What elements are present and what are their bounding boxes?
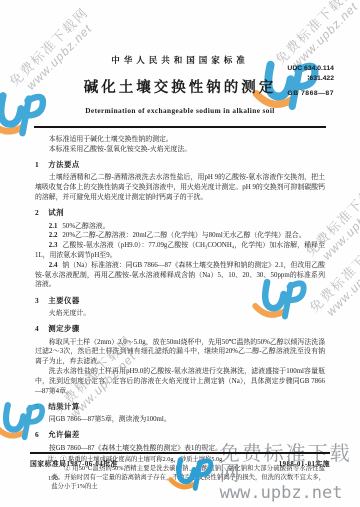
section-4-paragraph-1: 称取风干土样（2mm）2.0～5.0g，放在50ml烧杯中，先用50℃温热的50… bbox=[35, 338, 325, 367]
reagent-item: 2.150%乙醇溶液。 bbox=[35, 222, 325, 232]
section-number: 5 bbox=[35, 402, 39, 412]
section-title: 允许偏差 bbox=[48, 430, 80, 439]
section-title: 结果计算 bbox=[48, 402, 80, 411]
section-number: 6 bbox=[35, 430, 39, 440]
udc-number: UDC 634.0.114 bbox=[287, 64, 334, 74]
section-4-paragraph-2: 洗去水溶性盐的土样再用pH9.0的乙酸铵-氨水溶液进行交换淋洗，滤液盛接于100… bbox=[35, 367, 325, 396]
reagent-item: 2.220%乙二醇-乙醇溶液：20ml乙二醇（化学纯）与80ml无水乙醇（化学纯… bbox=[35, 231, 325, 241]
document-footer: 国家标准局1987-06-04批准 1988-01-01实施 bbox=[30, 452, 330, 468]
scope-statement: 本标准适用于碱化土壤交换性钠的测定。 本标准采用乙酸铵-氢氧化铵交换-火焰光度法… bbox=[35, 135, 325, 155]
section-title: 方法要点 bbox=[48, 160, 80, 169]
reagent-item: 2.4钠（Na）标准溶液：同GB 7866—87《森林土壤交换性钾和钠的测定》2… bbox=[35, 261, 325, 290]
document-header: 中华人民共和国国家标准 碱化土壤交换性钠的测定 Determination of… bbox=[0, 0, 360, 115]
reagent-item: 2.3乙酸铵-氨水溶液（pH9.0）：77.09g乙酸铵（CH₃COONH₄，化… bbox=[35, 241, 325, 261]
scope-line: 本标准适用于碱化土壤交换性钠的测定。 bbox=[35, 135, 325, 145]
section-5-paragraph: 同GB 7866—87第5章，测读液为100ml。 bbox=[35, 415, 325, 425]
item-text: 20%乙二醇-乙醇溶液：20ml乙二醇（化学纯）与80ml无水乙醇（化学纯）混合… bbox=[62, 232, 305, 239]
section-number: 2 bbox=[35, 208, 39, 218]
section-heading-6: 6允许偏差 bbox=[35, 430, 325, 440]
section-1-paragraph: 土壤经酒精和乙二醇-酒精溶液洗去水溶性盐后，用pH 9的乙酸铵-氨水溶液作交换剂… bbox=[35, 173, 325, 202]
section-number: 3 bbox=[35, 296, 39, 306]
page-number: 190 bbox=[48, 475, 58, 482]
implementation-date: 1988-01-01实施 bbox=[279, 458, 330, 468]
section-number: 4 bbox=[35, 324, 39, 334]
item-text: 50%乙醇溶液。 bbox=[62, 223, 109, 230]
item-text: 乙酸铵-氨水溶液（pH9.0）：77.09g乙酸铵（CH₃COONH₄，化学纯）… bbox=[35, 242, 325, 259]
section-3-paragraph: 火焰光度计。 bbox=[35, 309, 325, 319]
section-heading-3: 3主要仪器 bbox=[35, 296, 325, 306]
section-title: 试剂 bbox=[48, 208, 64, 217]
approval-date: 国家标准局1987-06-04批准 bbox=[30, 458, 118, 468]
item-number: 2.2 bbox=[49, 232, 58, 239]
udc-standard-number-block: UDC 634.0.114 ∶631.422 GB 7868—87 bbox=[287, 64, 334, 100]
udc-number-secondary: ∶631.422 bbox=[287, 74, 334, 84]
section-title: 主要仪器 bbox=[48, 296, 80, 305]
section-heading-4: 4测定步骤 bbox=[35, 324, 325, 334]
note-2: ② 用50℃温热的50%酒精主要是洗去碳酸钠、碳酸氢钠、氯化钠和大部分硫酸钠等水… bbox=[35, 464, 325, 491]
section-title: 测定步骤 bbox=[48, 324, 80, 333]
item-text: 钠（Na）标准溶液：同GB 7866—87《森林土壤交换性钾和钠的测定》2.1，… bbox=[35, 262, 325, 289]
section-heading-5: 5结果计算 bbox=[35, 402, 325, 412]
item-number: 2.3 bbox=[49, 242, 58, 249]
gb-standard-number: GB 7868—87 bbox=[287, 89, 334, 99]
document-title-english: Determination of exchangeable sodium in … bbox=[0, 106, 360, 115]
document-body: 本标准适用于碱化土壤交换性钠的测定。 本标准采用乙酸铵-氢氧化铵交换-火焰光度法… bbox=[35, 135, 325, 491]
header-divider bbox=[34, 126, 326, 128]
item-number: 2.4 bbox=[49, 262, 58, 269]
section-heading-1: 1方法要点 bbox=[35, 160, 325, 170]
standard-document-page: 免费标准下载网 www.upbz.net 免费标准下载网 www.upbz.ne… bbox=[0, 0, 360, 507]
item-number: 2.1 bbox=[49, 223, 58, 230]
section-heading-2: 2试剂 bbox=[35, 208, 325, 218]
section-number: 1 bbox=[35, 160, 39, 170]
method-line: 本标准采用乙酸铵-氢氧化铵交换-火焰光度法。 bbox=[35, 145, 325, 155]
